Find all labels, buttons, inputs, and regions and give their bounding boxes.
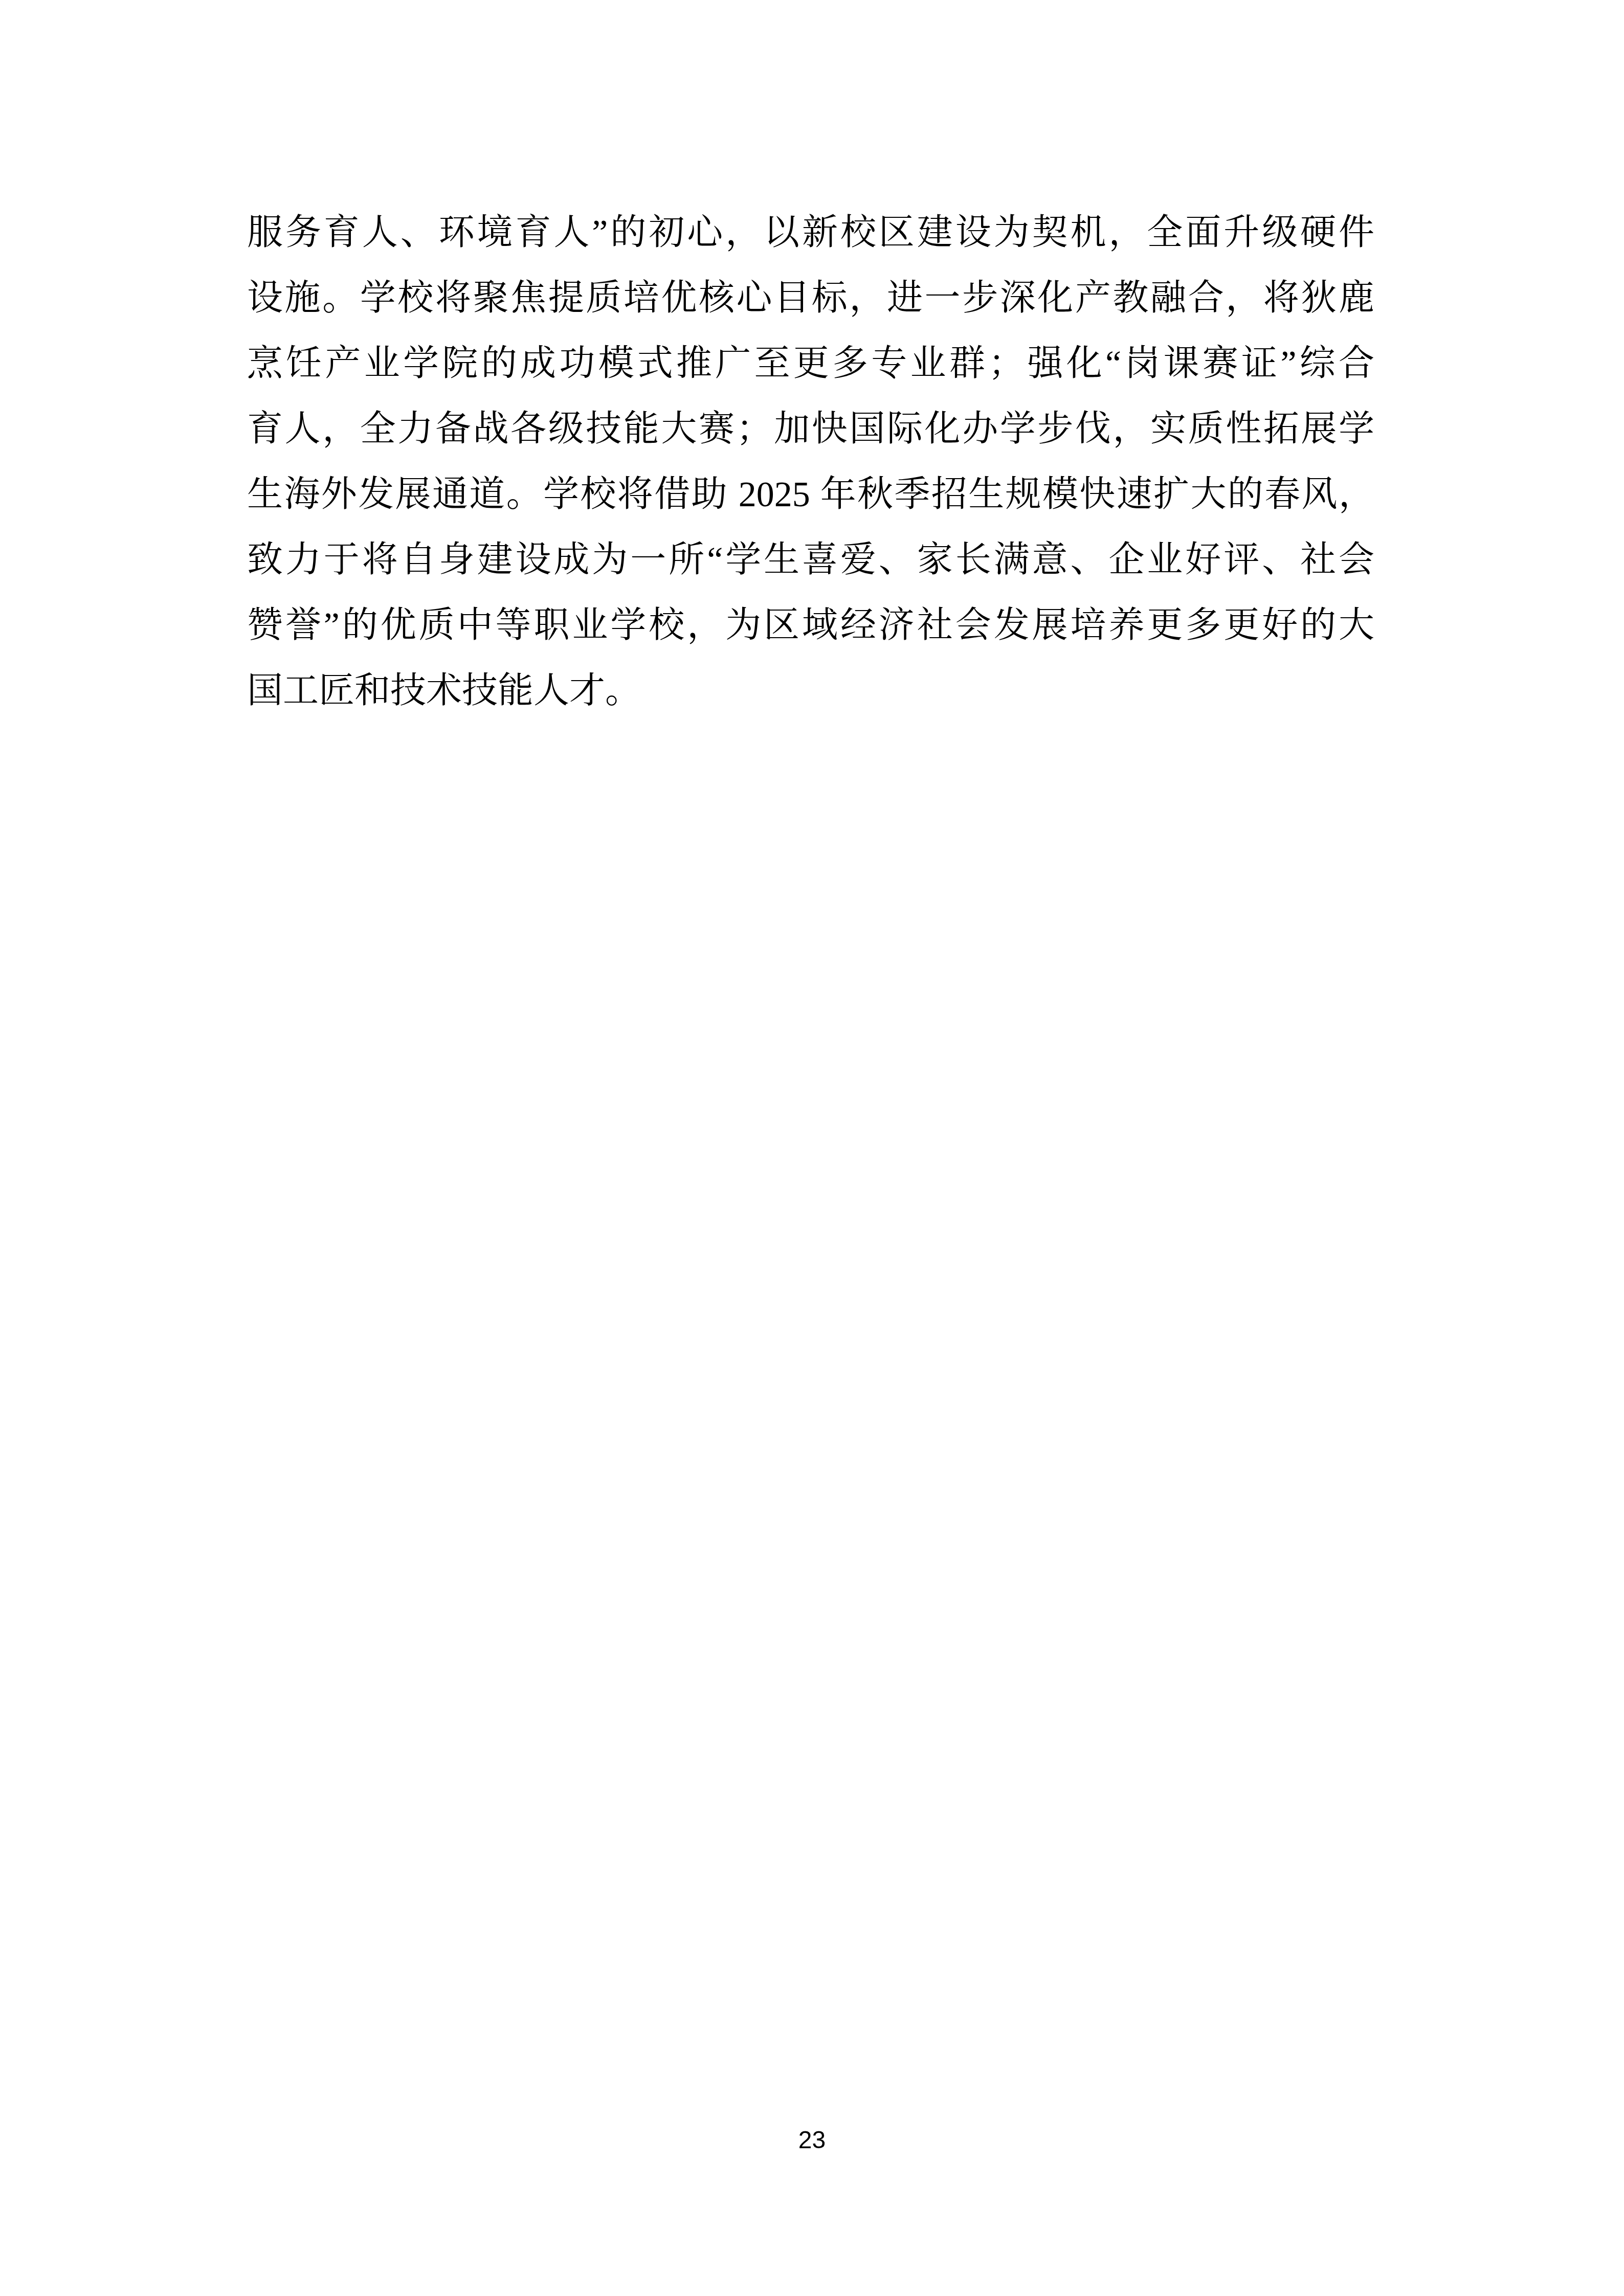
paragraph-line: 服务育人、环境育人”的初心，以新校区建设为契机，全面升级硬件 [247, 200, 1374, 266]
paragraph-line: 烹饪产业学院的成功模式推广至更多专业群；强化“岗课赛证”综合 [247, 331, 1374, 397]
body-paragraph: 服务育人、环境育人”的初心，以新校区建设为契机，全面升级硬件设施。学校将聚焦提质… [247, 200, 1374, 724]
paragraph-line: 设施。学校将聚焦提质培优核心目标，进一步深化产教融合，将狄鹿 [247, 266, 1374, 331]
page-number: 23 [0, 2127, 1624, 2154]
paragraph-line: 育人，全力备战各级技能大赛；加快国际化办学步伐，实质性拓展学 [247, 397, 1374, 462]
paragraph-line: 生海外发展通道。学校将借助 2025 年秋季招生规模快速扩大的春风， [247, 462, 1374, 528]
document-page: 服务育人、环境育人”的初心，以新校区建设为契机，全面升级硬件设施。学校将聚焦提质… [0, 0, 1624, 2296]
paragraph-line: 国工匠和技术技能人才。 [247, 659, 1374, 724]
paragraph-line: 致力于将自身建设成为一所“学生喜爱、家长满意、企业好评、社会 [247, 528, 1374, 593]
paragraph-line: 赞誉”的优质中等职业学校，为区域经济社会发展培养更多更好的大 [247, 593, 1374, 659]
